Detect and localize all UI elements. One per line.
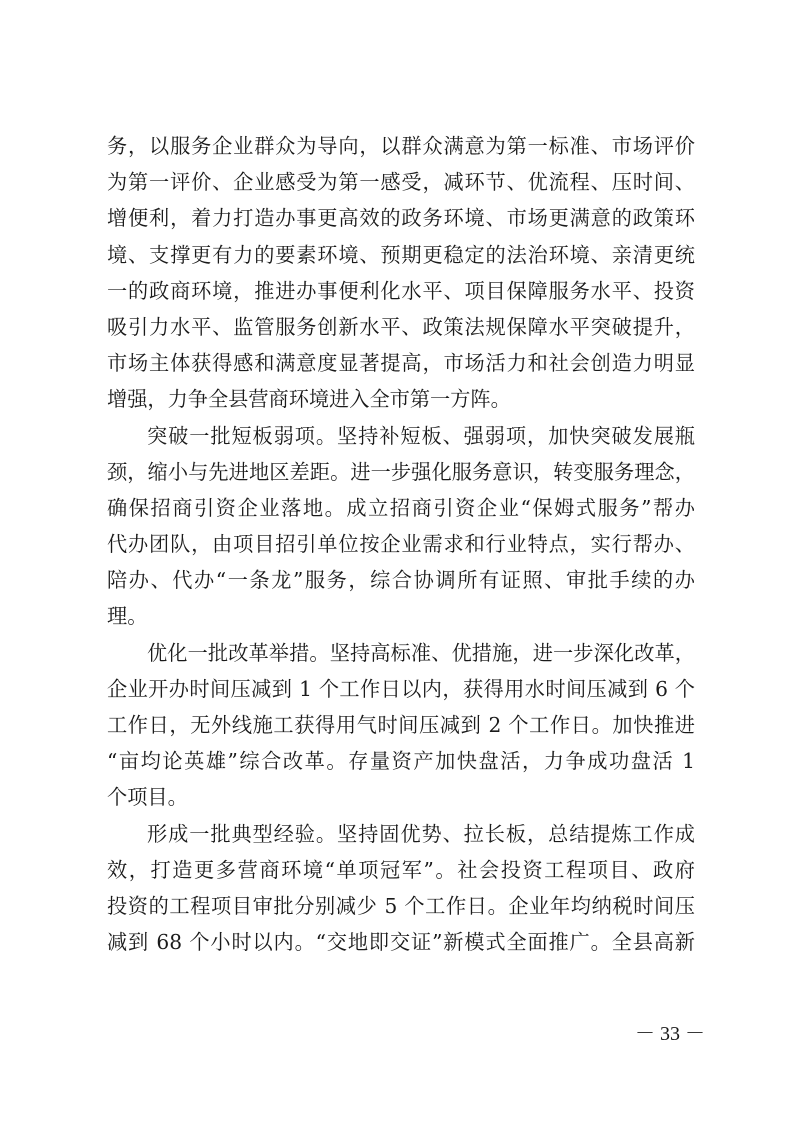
text-line: “亩均论英雄”综合改革。存量资产加快盘活，力争成功盘活 1 <box>107 743 695 779</box>
text-line: 为第一评价、企业感受为第一感受，减环节、优流程、压时间、 <box>107 164 695 200</box>
text-line: 增强，力争全县营商环境进入全市第一方阵。 <box>107 381 695 417</box>
paragraph-reform: 优化一批改革举措。坚持高标准、优措施，进一步深化改革， 企业开办时间压减到 1 … <box>107 635 695 816</box>
text-line: 境、支撑更有力的要素环境、预期更稳定的法治环境、亲清更统 <box>107 237 695 273</box>
text-line: 颈，缩小与先进地区差距。进一步强化服务意识，转变服务理念， <box>107 454 695 490</box>
text-line: 一的政商环境，推进办事便利化水平、项目保障服务水平、投资 <box>107 273 695 309</box>
text-line: 企业开办时间压减到 1 个工作日以内，获得用水时间压减到 6 个 <box>107 671 695 707</box>
text-line: 理。 <box>107 598 695 634</box>
text-line: 形成一批典型经验。坚持固优势、拉长板，总结提炼工作成 <box>107 816 695 852</box>
text-line: 个项目。 <box>107 779 695 815</box>
text-line: 增便利，着力打造办事更高效的政务环境、市场更满意的政策环 <box>107 200 695 236</box>
paragraph-experience: 形成一批典型经验。坚持固优势、拉长板，总结提炼工作成 效，打造更多营商环境“单项… <box>107 816 695 961</box>
paragraph-shortboard: 突破一批短板弱项。坚持补短板、强弱项，加快突破发展瓶 颈，缩小与先进地区差距。进… <box>107 418 695 635</box>
text-line: 代办团队，由项目招引单位按企业需求和行业特点，实行帮办、 <box>107 526 695 562</box>
text-line: 效，打造更多营商环境“单项冠军”。社会投资工程项目、政府 <box>107 852 695 888</box>
paragraph-continuation: 务，以服务企业群众为导向，以群众满意为第一标准、市场评价 为第一评价、企业感受为… <box>107 128 695 418</box>
document-page: 务，以服务企业群众为导向，以群众满意为第一标准、市场评价 为第一评价、企业感受为… <box>0 0 793 1122</box>
text-line: 投资的工程项目审批分别减少 5 个工作日。企业年均纳税时间压 <box>107 888 695 924</box>
text-line: 吸引力水平、监管服务创新水平、政策法规保障水平突破提升， <box>107 309 695 345</box>
text-line: 陪办、代办“一条龙”服务，综合协调所有证照、审批手续的办 <box>107 562 695 598</box>
page-number: － 33 － <box>635 1017 705 1046</box>
text-line: 确保招商引资企业落地。成立招商引资企业“保姆式服务”帮办 <box>107 490 695 526</box>
body-text: 务，以服务企业群众为导向，以群众满意为第一标准、市场评价 为第一评价、企业感受为… <box>107 128 695 960</box>
text-line: 突破一批短板弱项。坚持补短板、强弱项，加快突破发展瓶 <box>107 418 695 454</box>
text-line: 务，以服务企业群众为导向，以群众满意为第一标准、市场评价 <box>107 128 695 164</box>
text-line: 市场主体获得感和满意度显著提高，市场活力和社会创造力明显 <box>107 345 695 381</box>
text-line: 优化一批改革举措。坚持高标准、优措施，进一步深化改革， <box>107 635 695 671</box>
text-line: 工作日，无外线施工获得用气时间压减到 2 个工作日。加快推进 <box>107 707 695 743</box>
text-line: 减到 68 个小时以内。“交地即交证”新模式全面推广。全县高新 <box>107 924 695 960</box>
